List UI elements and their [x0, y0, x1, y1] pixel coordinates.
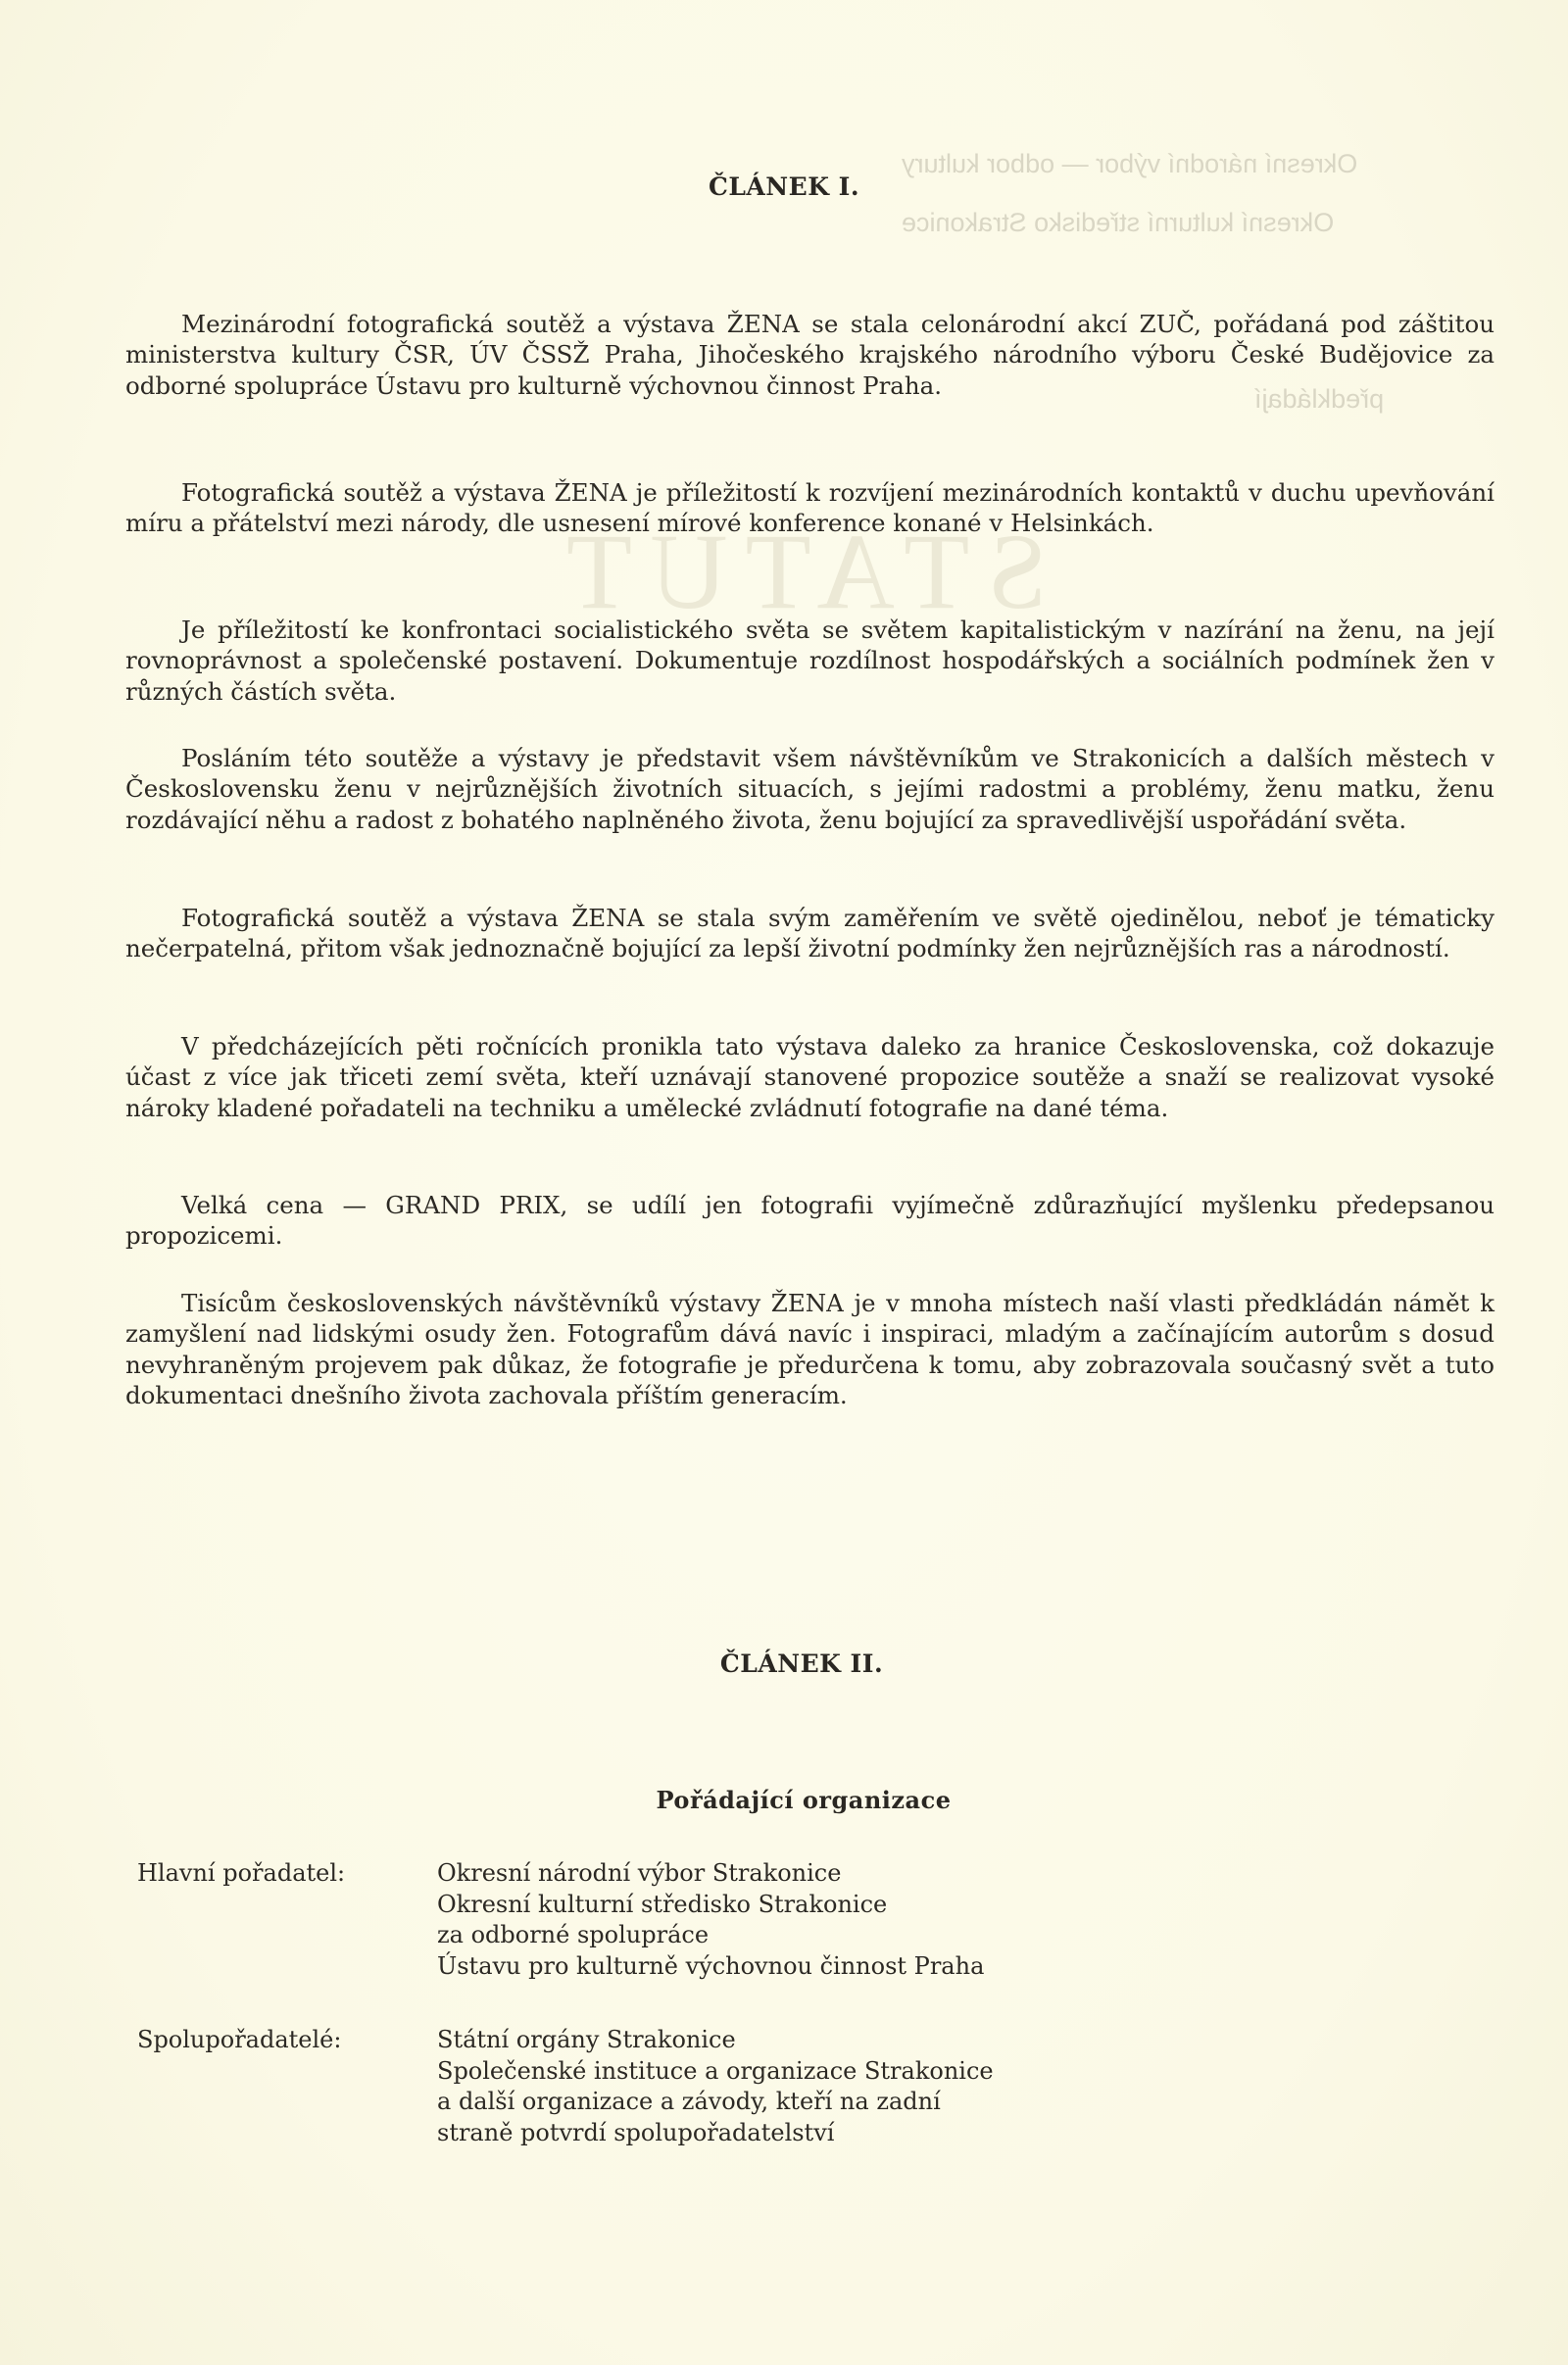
document-page: Okresní národní výbor — odbor kultury Ok…: [0, 0, 1568, 2365]
article-1-paragraph-3: Je příležitostí ke konfrontaci socialist…: [125, 615, 1494, 708]
article-1-paragraph-4: Posláním této soutěže a výstavy je předs…: [125, 743, 1494, 836]
co-organizer-line: Státní orgány Strakonice: [437, 2025, 994, 2056]
article-1-paragraph-6: V předcházejících pěti ročnících pronikl…: [125, 1031, 1494, 1124]
article-1-paragraph-8: Tisícům československých návštěvníků výs…: [125, 1288, 1494, 1411]
article-2-heading: ČLÁNEK II.: [18, 1650, 1568, 1678]
main-organizer-label: Hlavní pořadatel:: [137, 1858, 345, 1890]
article-1-paragraph-5: Fotografická soutěž a výstava ŽENA se st…: [125, 903, 1494, 964]
show-through-text: Okresní kulturní středisko Strakonice: [902, 208, 1334, 238]
organizer-line: Ústavu pro kulturně výchovnou činnost Pr…: [437, 1951, 984, 1983]
article-1-paragraph-1: Mezinárodní fotografická soutěž a výstav…: [125, 309, 1494, 402]
co-organizers-label: Spolupořadatelé:: [137, 2025, 341, 2056]
article-1-paragraph-7: Velká cena — GRAND PRIX, se udílí jen fo…: [125, 1190, 1494, 1252]
co-organizers-list: Státní orgány Strakonice Společenské ins…: [437, 2025, 994, 2148]
co-organizer-line: Společenské instituce a organizace Strak…: [437, 2056, 994, 2088]
article-1-paragraph-2: Fotografická soutěž a výstava ŽENA je př…: [125, 477, 1494, 539]
article-1-heading: ČLÁNEK I.: [0, 172, 1568, 201]
main-organizer-list: Okresní národní výbor Strakonice Okresní…: [437, 1858, 984, 1982]
organizer-line: Okresní kulturní středisko Strakonice: [437, 1890, 984, 1921]
organizer-line: Okresní národní výbor Strakonice: [437, 1858, 984, 1890]
organizer-line: za odborné spolupráce: [437, 1920, 984, 1951]
co-organizer-line: a další organizace a závody, kteří na za…: [437, 2087, 994, 2118]
co-organizer-line: straně potvrdí spolupořadatelství: [437, 2118, 994, 2149]
organizers-subheading: Pořádající organizace: [20, 1786, 1568, 1814]
